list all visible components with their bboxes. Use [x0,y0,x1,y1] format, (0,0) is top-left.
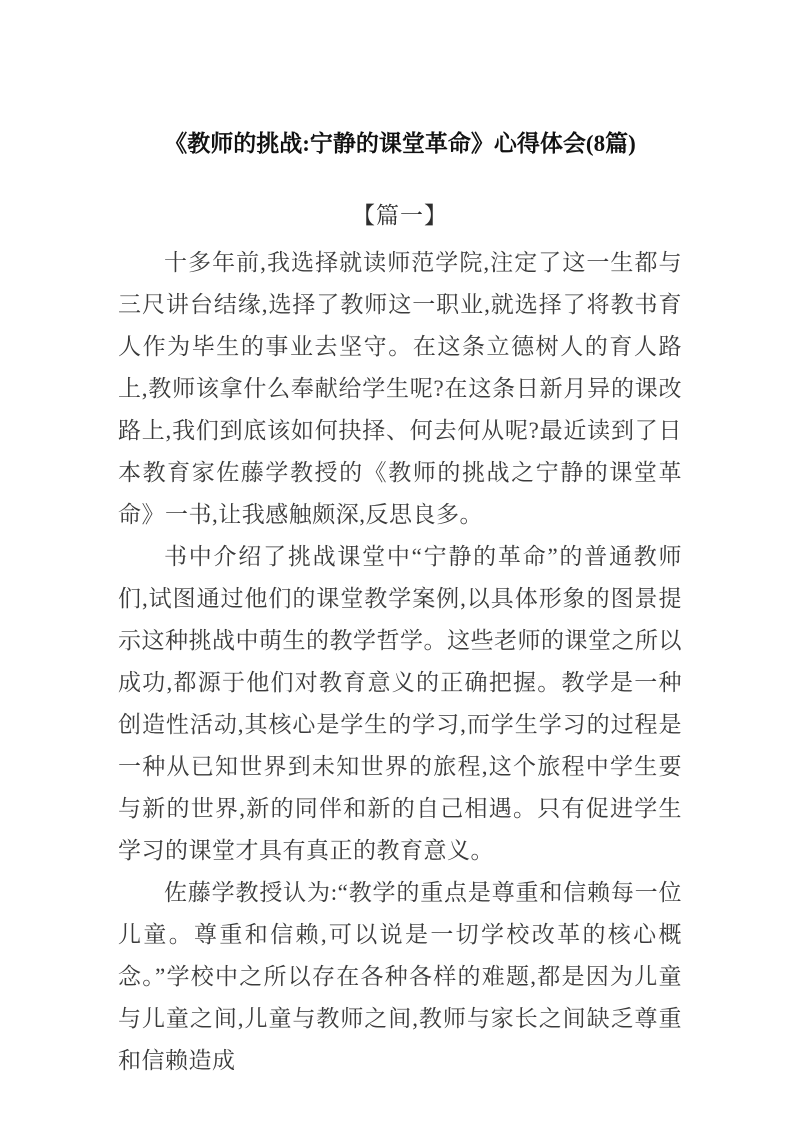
section-heading-part-one: 【篇一】 [0,195,800,237]
paragraph-1: 十多年前,我选择就读师范学院,注定了这一生都与三尺讲台结缘,选择了教师这一职业,… [118,242,682,536]
paragraph-3: 佐藤学教授认为:“教学的重点是尊重和信赖每一位儿童。尊重和信赖,可以说是一切学校… [118,872,682,1082]
document-body: 十多年前,我选择就读师范学院,注定了这一生都与三尺讲台结缘,选择了教师这一职业,… [0,242,800,1082]
document-title: 《教师的挑战:宁静的课堂革命》心得体会(8篇) [0,123,800,165]
paragraph-2: 书中介绍了挑战课堂中“宁静的革命”的普通教师们,试图通过他们的课堂教学案例,以具… [118,536,682,872]
document-page: 《教师的挑战:宁静的课堂革命》心得体会(8篇) 【篇一】 十多年前,我选择就读师… [0,0,800,1131]
